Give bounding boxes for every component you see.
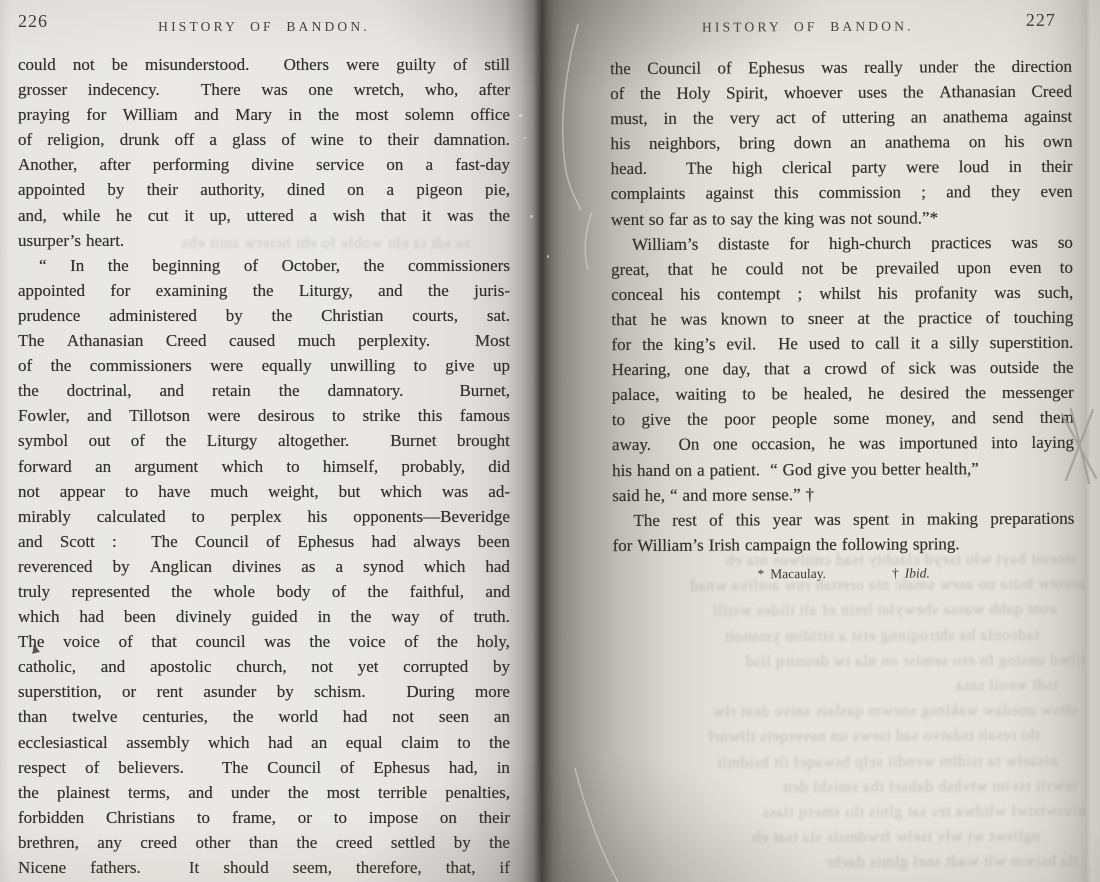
word: the	[279, 378, 300, 403]
word: creed	[336, 830, 373, 855]
word: and	[194, 102, 219, 127]
word: superstition.	[990, 330, 1074, 356]
word: was	[442, 479, 468, 504]
word: had	[268, 730, 293, 755]
word: twelve	[72, 704, 117, 729]
word: other	[195, 830, 230, 855]
word: say	[730, 206, 753, 231]
word: to	[742, 382, 755, 407]
word: head.	[611, 156, 647, 181]
word: of	[709, 507, 723, 532]
word: of	[986, 305, 1000, 330]
word: as	[301, 554, 315, 579]
word: Creed	[1031, 79, 1072, 104]
word: anathema	[885, 130, 950, 155]
word: The	[151, 529, 177, 554]
word: more	[475, 679, 510, 704]
word: heart.	[86, 228, 124, 253]
word: was	[859, 431, 886, 456]
word: out	[89, 428, 111, 453]
text-line: palace,waitingtobehealed,hedesiredthemes…	[612, 380, 1074, 408]
footnote-ibid: †Ibid.	[892, 565, 930, 581]
word: desired	[900, 381, 949, 406]
word: seem,	[293, 855, 332, 880]
word: pie,	[485, 177, 510, 202]
word: had	[485, 554, 510, 579]
word: centuries,	[142, 704, 208, 729]
text-line: andScott:TheCouncilofEphesushadalwaysbee…	[18, 529, 510, 554]
word: glass	[232, 127, 266, 152]
dagger-symbol: †	[892, 566, 899, 582]
word: whilst	[819, 281, 861, 306]
asterisk-symbol: *	[757, 566, 764, 582]
word: people	[772, 406, 817, 431]
word: ;	[797, 281, 802, 306]
word: ;	[921, 180, 926, 205]
word: known	[721, 306, 767, 331]
word: claim	[401, 730, 439, 755]
word: settled	[391, 830, 435, 855]
word: distaste	[718, 231, 769, 256]
word: Ephesus	[373, 755, 430, 780]
text-line: away.Ononeoccasion,hewasimportunedintola…	[612, 430, 1074, 458]
word: the	[165, 428, 186, 453]
word: and	[87, 403, 112, 428]
word: a	[931, 330, 939, 355]
word: asunder	[203, 679, 256, 704]
word: to	[192, 504, 205, 529]
word: retain	[212, 378, 251, 403]
word: were	[906, 155, 939, 180]
text-line: William’sdistasteforhigh-churchpractices…	[611, 229, 1073, 257]
word: doctrinal,	[67, 378, 132, 403]
word: calculated	[97, 504, 166, 529]
word: misunderstood.	[145, 52, 249, 77]
word: represented	[72, 579, 150, 604]
word: and	[188, 780, 213, 805]
word: the	[171, 579, 192, 604]
word: great,	[611, 257, 649, 282]
footnotes-row: *Macaulay. †Ibid.	[613, 565, 1075, 583]
word: was	[264, 629, 290, 654]
word: this	[736, 507, 761, 532]
right-page: HISTORY OF BANDON. 227 stnemt bayt wlo t…	[538, 0, 1100, 882]
text-line: trulyrepresentedthewholebodyofthefaithfu…	[18, 579, 510, 604]
text-line: hisneighbors,bringdownananathemaonhisown	[610, 129, 1072, 157]
word: that	[611, 307, 637, 332]
word: by	[226, 303, 243, 328]
word: they	[991, 179, 1020, 204]
word: of	[610, 81, 624, 106]
word: Athanasian	[939, 79, 1016, 104]
word: Christian	[321, 303, 383, 328]
word: Others	[284, 52, 329, 77]
word: drunk	[120, 127, 160, 152]
word: Liturgy,	[299, 278, 353, 303]
word: perplex	[231, 504, 282, 529]
word: and	[946, 180, 971, 205]
word: while	[63, 203, 101, 228]
word: uttering	[842, 105, 895, 130]
text-line: catholic,andapostolicchurch,notyetcorrup…	[18, 654, 510, 679]
word: waiting	[675, 382, 726, 407]
word: corrupted	[403, 654, 468, 679]
text-line: symboloutoftheLiturgyaltogether.Burnetbr…	[18, 428, 510, 453]
word: be	[771, 381, 787, 406]
paper-speck	[519, 114, 522, 117]
word: Fowler,	[18, 403, 70, 428]
word: of	[717, 55, 731, 80]
word: desirous	[258, 403, 315, 428]
word: solemn	[405, 102, 454, 127]
text-line: couldnotbemisunderstood.Otherswereguilty…	[18, 52, 510, 77]
word: give	[445, 353, 474, 378]
word: he	[116, 203, 132, 228]
word: He	[778, 331, 798, 356]
word: occasion,	[751, 431, 815, 456]
text-line: wentsofarastosaythekingwasnotsound.”*	[611, 204, 1073, 232]
text-line: ofreligion,drunkoffaglassofwinetotheirda…	[18, 127, 510, 152]
word: Burnet,	[459, 378, 510, 403]
word: outside	[990, 355, 1039, 380]
word: uttered	[247, 203, 294, 228]
word: that	[381, 203, 407, 228]
word: even	[1040, 179, 1072, 204]
word: and	[18, 529, 43, 554]
word: body	[276, 579, 310, 604]
word: way	[391, 604, 419, 629]
footnote-macaulay: *Macaulay.	[757, 566, 826, 582]
word: off	[175, 127, 195, 152]
text-line: brethren,anycreedotherthanthecreedsettle…	[18, 830, 510, 855]
word: which	[424, 554, 466, 579]
word: than	[18, 704, 47, 729]
word: the	[489, 730, 510, 755]
word: could	[745, 256, 783, 281]
word: against	[705, 181, 753, 206]
word: service	[316, 152, 364, 177]
word: weight,	[268, 479, 319, 504]
word: commission	[819, 180, 901, 206]
word: apostolic	[150, 654, 211, 679]
text-line: thantwelvecenturies,theworldhadnotseenan	[18, 704, 510, 729]
word: commissioners	[90, 353, 192, 378]
word: Irish	[709, 532, 740, 557]
word: holy,	[477, 629, 510, 654]
word: unwilling	[330, 353, 395, 378]
text-line: TheAthanasianCreedcausedmuchperplexity.M…	[18, 328, 510, 353]
show-through-line: tla hsiwm wlt wadt snel glmis daehr	[598, 849, 1086, 877]
word: be	[112, 52, 128, 77]
word: hand	[637, 457, 670, 482]
word: to	[851, 331, 864, 356]
word: truth.	[474, 604, 510, 629]
word: give	[641, 407, 670, 432]
text-line: Therestofthisyearwasspentinmakingprepara…	[612, 505, 1074, 533]
word: impose	[369, 805, 418, 830]
word: had	[371, 529, 396, 554]
word: some	[833, 406, 869, 431]
word: by	[107, 177, 124, 202]
word: had	[343, 704, 368, 729]
word: the	[965, 380, 986, 405]
word: the	[489, 830, 510, 855]
word: church,	[236, 654, 287, 679]
word: for	[86, 102, 106, 127]
word: could	[18, 52, 56, 77]
word: under	[231, 780, 270, 805]
word: sound.”*	[877, 205, 938, 230]
word: of	[332, 579, 346, 604]
word: and	[485, 579, 510, 604]
word: voice	[63, 629, 100, 654]
word: always	[413, 529, 460, 554]
text-line: grosserindecency.Therewasonewretch,who,a…	[18, 77, 510, 102]
word: contempt	[717, 281, 780, 306]
word: poor	[724, 407, 755, 432]
word: for	[612, 533, 632, 558]
text-line: forWilliam’sIrishcampaignthefollowingspr…	[612, 530, 1074, 558]
text-line: fortheking’sevil.Heusedtocallitasillysup…	[611, 330, 1073, 358]
word: forbidden	[18, 805, 84, 830]
word: which	[208, 730, 250, 755]
word: it	[911, 331, 921, 356]
word: touching	[1014, 305, 1074, 330]
word: so	[649, 206, 664, 231]
word: penalties,	[445, 780, 510, 805]
paper-speck	[512, 141, 514, 143]
word: spring.	[913, 531, 960, 556]
word: which	[380, 479, 422, 504]
text-line: reverencedbyAnglicandivinesasasynodwhich…	[18, 554, 510, 579]
word: The	[686, 156, 713, 181]
word: perplexity.	[358, 328, 430, 353]
word: to	[286, 454, 299, 479]
word: juris-	[474, 278, 510, 303]
word: of	[131, 428, 145, 453]
word: upon	[957, 255, 991, 280]
show-through-line: ngliswt wt wlv tselw frwdmsls sla tsat e…	[598, 824, 1086, 852]
word: and	[682, 482, 707, 507]
word: brethren,	[18, 830, 79, 855]
word: In	[70, 253, 84, 278]
word: really	[864, 55, 903, 80]
word: to	[1060, 254, 1073, 279]
word: not	[311, 654, 333, 679]
word: usurper’s	[18, 228, 81, 253]
word: that	[667, 256, 693, 281]
word: Mary	[235, 102, 272, 127]
word: believers.	[118, 755, 184, 780]
word: you	[851, 456, 877, 481]
word: the	[18, 378, 39, 403]
word: was	[680, 307, 707, 332]
word: the	[297, 830, 318, 855]
show-through-line: nisaelw ta tsidlm wendit selp bswaqel tl…	[598, 748, 1086, 776]
word: :	[112, 529, 117, 554]
word: after	[479, 77, 510, 102]
book-spread: 226 HISTORY OF BANDON. sa sdt ta eht wob…	[0, 0, 1100, 882]
word: of	[881, 356, 895, 381]
word: Council	[267, 755, 321, 780]
word: October,	[282, 253, 340, 278]
word: evil.	[726, 331, 756, 356]
word: should	[223, 855, 268, 880]
word: the	[816, 532, 837, 557]
word: neighbors,	[649, 131, 720, 156]
text-line: thedoctrinal,andretainthedamnatory.Burne…	[18, 378, 510, 403]
word: beginning	[152, 253, 220, 278]
word: sat.	[487, 303, 510, 328]
word: his	[308, 504, 328, 529]
word: his	[1005, 129, 1025, 154]
word: by	[454, 830, 471, 855]
word: in	[497, 755, 510, 780]
word: the	[642, 332, 663, 357]
word: wish	[333, 203, 365, 228]
word: Tillotson	[129, 403, 190, 428]
word: divine	[251, 152, 294, 177]
word: were	[346, 52, 379, 77]
word: of	[404, 629, 418, 654]
word: money,	[886, 406, 936, 431]
word: much	[210, 479, 248, 504]
word: Ephesus	[748, 55, 805, 80]
word: William’s	[637, 532, 704, 557]
word: he	[711, 256, 727, 281]
word: for	[110, 278, 130, 303]
word: in	[289, 102, 302, 127]
text-line: forwardanargumentwhichtohimself,probably…	[18, 454, 510, 479]
word: of	[244, 253, 258, 278]
text-line: great,thathecouldnotbeprevaileduponevent…	[611, 254, 1073, 282]
word: administered	[109, 303, 197, 328]
right-show-through-text: stnemt bayt wlo tseyd claubty tsad cmilw…	[597, 547, 1087, 877]
word: preparations	[990, 505, 1074, 531]
word: in	[901, 506, 914, 531]
word: practices	[931, 230, 992, 255]
word: down	[794, 130, 832, 155]
text-line: respectofbelievers.TheCouncilofEphesusha…	[18, 755, 510, 780]
word: one	[713, 432, 738, 457]
word: argument	[134, 454, 198, 479]
word: messenger	[1002, 380, 1074, 405]
word: the	[610, 56, 631, 81]
word: were	[207, 403, 240, 428]
word: after	[99, 152, 130, 177]
word: complaints	[611, 181, 686, 206]
word: of	[281, 127, 295, 152]
word: king	[784, 206, 814, 231]
word: the	[51, 353, 72, 378]
word: that,	[446, 855, 476, 880]
word: the	[884, 305, 905, 330]
word: to	[781, 306, 794, 331]
left-running-header: HISTORY OF BANDON.	[18, 19, 510, 35]
word: and	[951, 405, 976, 430]
word: to	[612, 407, 625, 432]
word: if	[500, 855, 510, 880]
word: own	[1043, 129, 1072, 154]
word: God	[783, 457, 812, 482]
word: their	[147, 177, 178, 202]
word: in	[664, 106, 677, 131]
word: said	[612, 483, 640, 508]
word: the	[351, 604, 372, 629]
word: of	[18, 127, 32, 152]
word: not	[850, 205, 872, 230]
word: symbol	[18, 428, 68, 453]
show-through-line: nivswtsiwl wlidwa tes sat glnis tlo smer…	[598, 798, 1086, 826]
show-through-line: eltsw unedaw wakinsg snewm qaslais snive…	[597, 698, 1085, 726]
text-line: ofthecommissionerswereequallyunwillingto…	[18, 353, 510, 378]
word: the	[253, 278, 274, 303]
word: act	[776, 105, 796, 130]
word: the	[367, 579, 388, 604]
word: Athanasian	[67, 328, 143, 353]
word: importuned	[899, 431, 978, 457]
word: a	[386, 177, 394, 202]
word: sick	[909, 356, 937, 381]
word: one	[684, 357, 709, 382]
word: William	[123, 102, 178, 127]
word: The	[222, 755, 248, 780]
word: the	[903, 80, 924, 105]
word: used	[809, 331, 840, 356]
word: call	[875, 331, 900, 356]
word: Liturgy	[207, 428, 258, 453]
word: and	[378, 278, 403, 303]
text-line: Nicenefathers.Itshouldseem,therefore,tha…	[18, 855, 510, 880]
word: a	[309, 203, 317, 228]
right-page-text: theCouncilofEphesuswasreallyunderthedire…	[610, 54, 1075, 558]
word: terrible	[378, 780, 427, 805]
word: was	[814, 507, 841, 532]
word: of	[119, 629, 133, 654]
word: them	[1040, 405, 1074, 430]
text-line: mirablycalculatedtoperplexhisopponents—B…	[18, 504, 510, 529]
word: the	[974, 54, 995, 79]
word: wine	[311, 127, 344, 152]
word: profanity	[915, 280, 977, 305]
word: not	[73, 52, 95, 77]
word: it	[184, 203, 193, 228]
word: were	[210, 353, 243, 378]
word: into	[991, 430, 1018, 455]
word: their	[479, 805, 510, 830]
word: in	[1008, 154, 1021, 179]
word: praying	[18, 102, 70, 127]
word: had,	[449, 755, 478, 780]
word: voice	[349, 629, 386, 654]
word: most	[327, 780, 360, 805]
word: went	[611, 206, 644, 231]
word: catholic,	[18, 654, 76, 679]
word: courts,	[412, 303, 458, 328]
word: as	[693, 206, 707, 231]
word: more	[712, 482, 747, 507]
word: to	[197, 805, 210, 830]
paper-speck	[547, 255, 549, 258]
word: their	[1041, 154, 1072, 179]
word: so	[1058, 229, 1073, 254]
text-line: Another,afterperformingdivineserviceonaf…	[18, 152, 510, 177]
word: wretch,	[354, 77, 405, 102]
word: the	[1053, 355, 1074, 380]
word: better	[882, 456, 921, 481]
word: Hearing,	[612, 357, 671, 382]
word: be	[841, 256, 857, 281]
